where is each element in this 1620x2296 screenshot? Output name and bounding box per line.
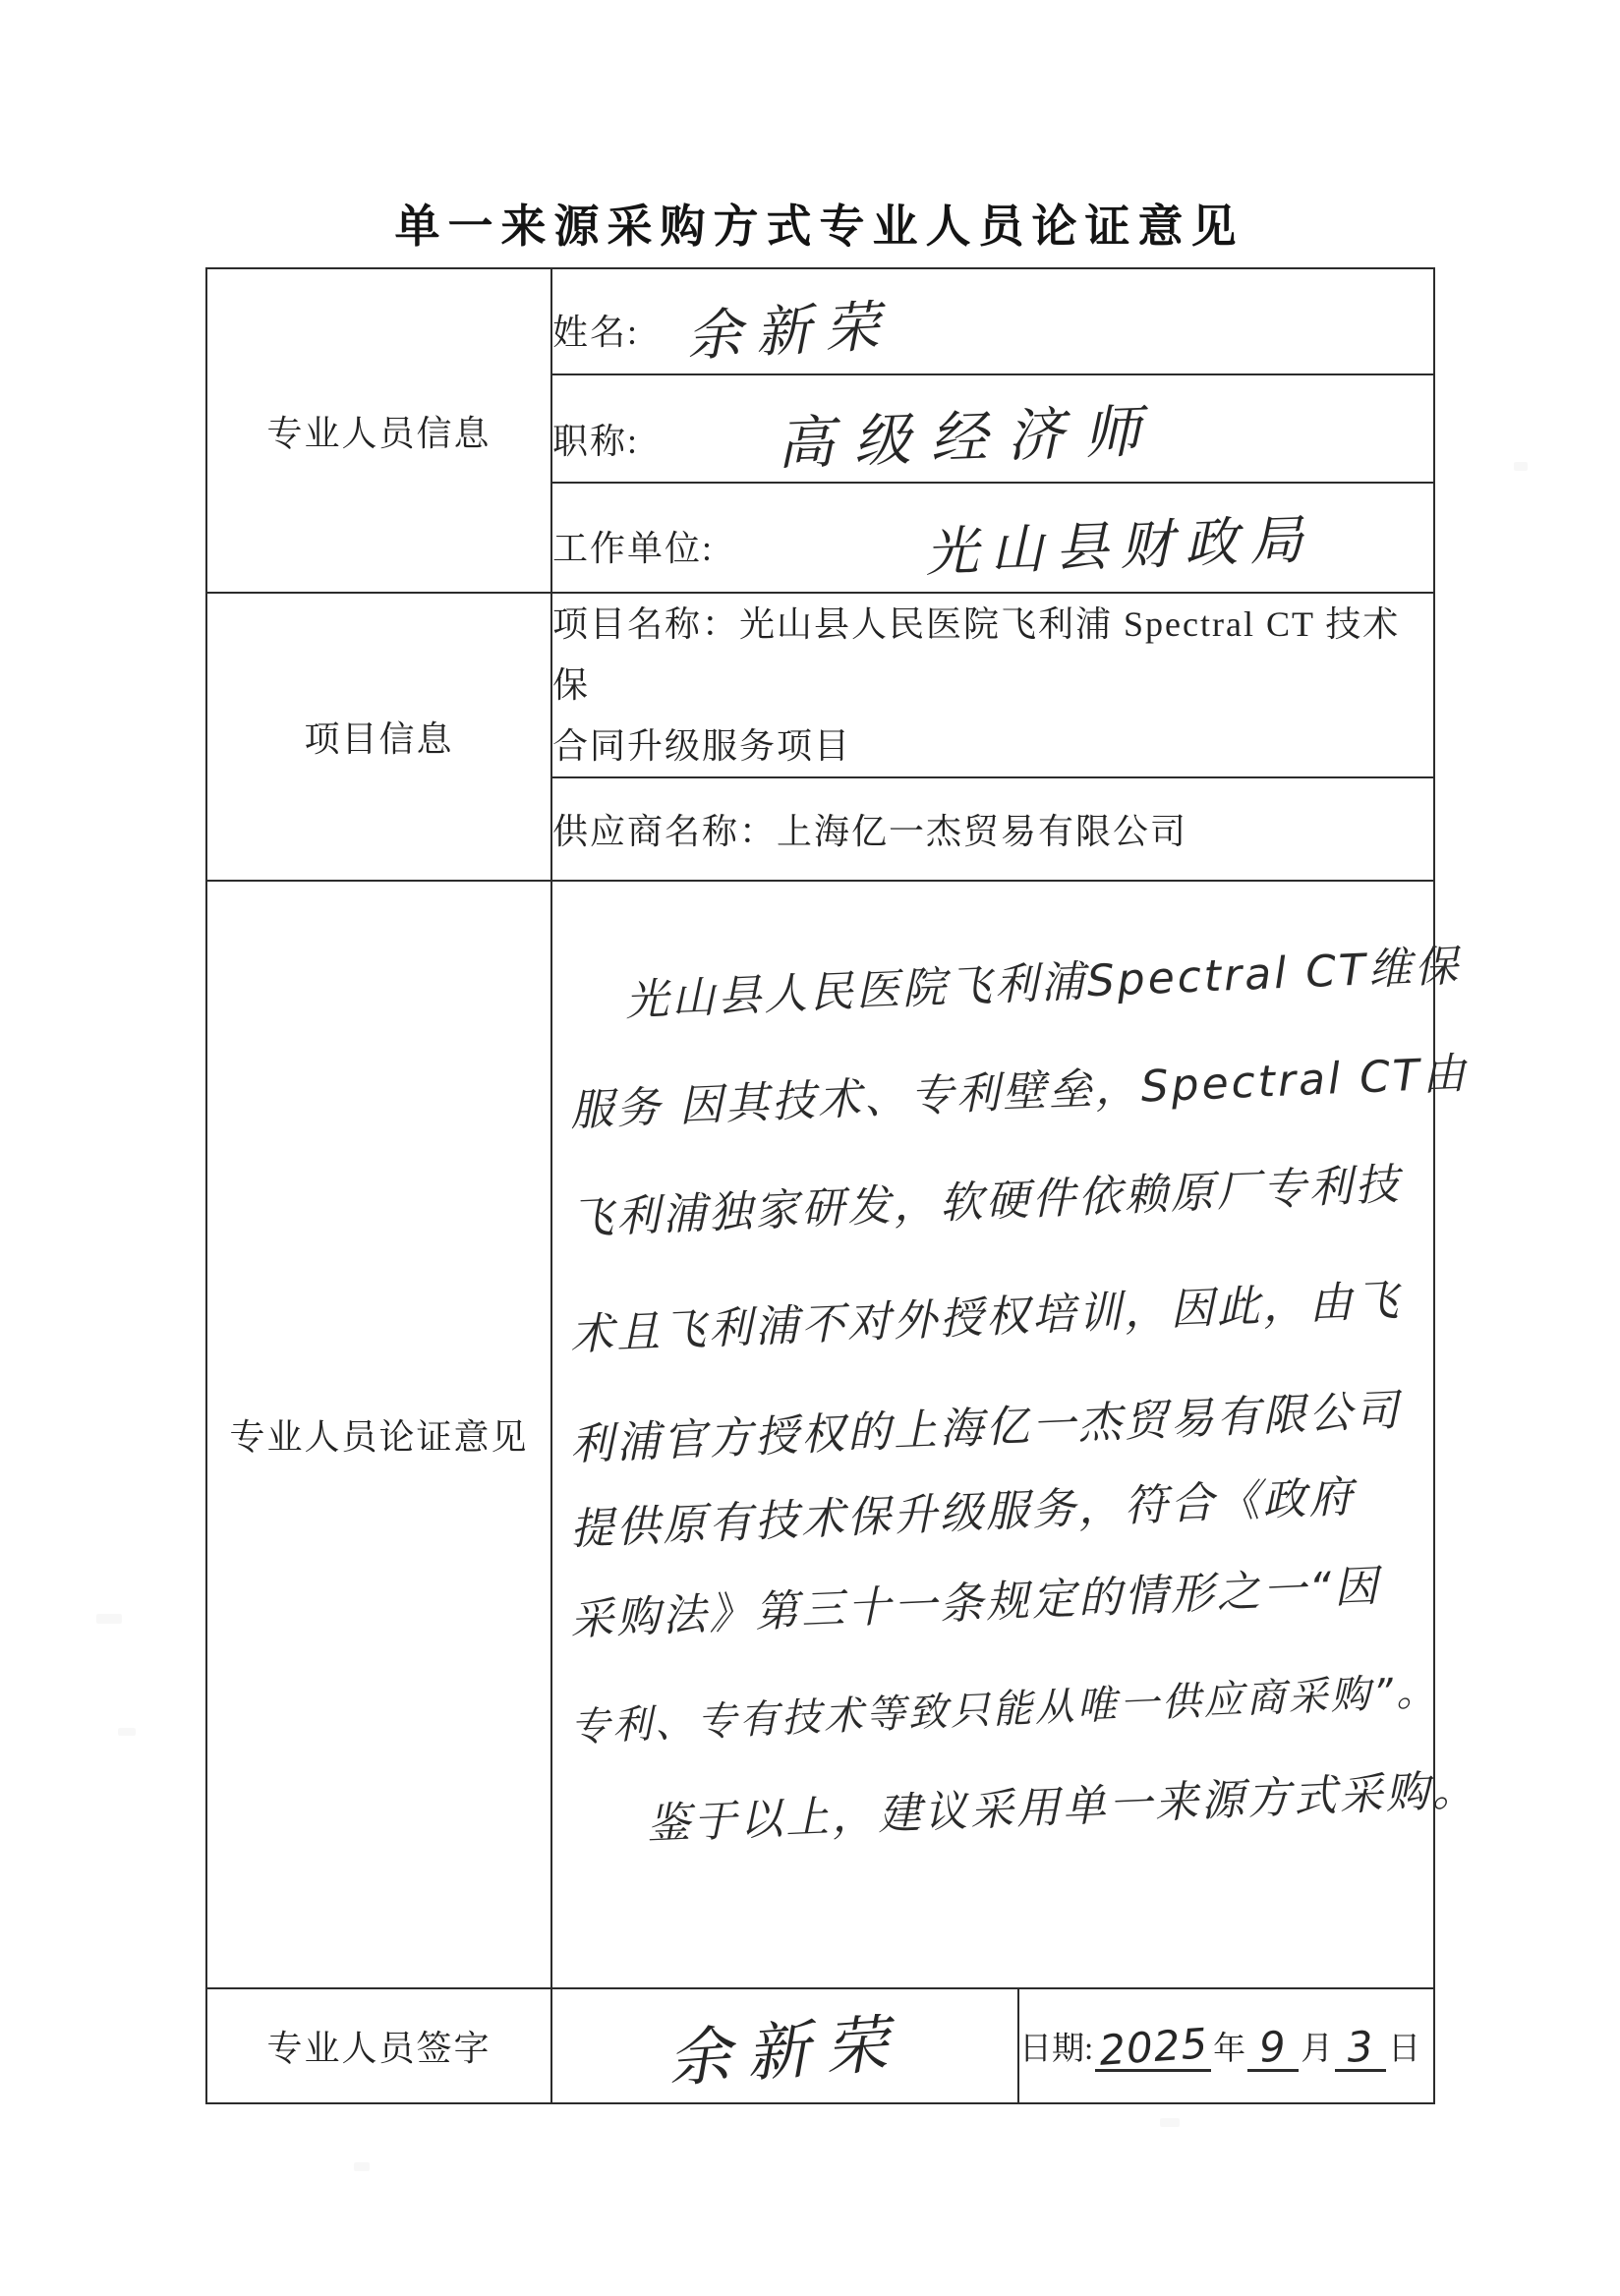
scan-noise bbox=[96, 1614, 122, 1624]
document-title: 单一来源采购方式专业人员论证意见 bbox=[205, 191, 1433, 256]
opinion-cell: 光山县人民医院飞利浦Spectral CT维保 服务 因其技术、专利壁垒，Spe… bbox=[551, 881, 1434, 1988]
date-day-slot: 3 bbox=[1335, 2021, 1386, 2072]
title-handwritten-value: 高级经济师 bbox=[776, 384, 1162, 481]
date-prefix-label: 日期: bbox=[1019, 2023, 1093, 2069]
scan-noise bbox=[354, 2162, 370, 2171]
section-label-opinion: 专业人员论证意见 bbox=[206, 881, 551, 1988]
date-month-slot: 9 bbox=[1247, 2021, 1299, 2072]
section-label-personnel-info: 专业人员信息 bbox=[206, 268, 551, 593]
scan-noise bbox=[1160, 2118, 1180, 2127]
row-signature: 专业人员签字 余新荣 日期: 2025 年 9 月 3 日 bbox=[206, 1988, 1434, 2103]
opinion-line: 鉴于以上，建议采用单一来源方式采购。 bbox=[646, 1754, 1479, 1852]
opinion-line: 术且飞利浦不对外授权培训，因此，由飞 bbox=[569, 1265, 1403, 1362]
date-year-unit: 年 bbox=[1213, 2023, 1245, 2069]
scan-noise bbox=[1514, 462, 1528, 471]
section-label-project-info: 项目信息 bbox=[206, 593, 551, 881]
date-cell: 日期: 2025 年 9 月 3 日 bbox=[1018, 1988, 1434, 2103]
title-label: 职称: bbox=[552, 422, 639, 461]
date-month-handwritten: 9 bbox=[1258, 2022, 1289, 2072]
work-unit-cell: 工作单位:光山县财政局 bbox=[551, 483, 1434, 593]
section-label-signature: 专业人员签字 bbox=[206, 1988, 551, 2103]
title-cell: 职称:高级经济师 bbox=[551, 374, 1434, 483]
project-name-line2: 合同升级服务项目 bbox=[552, 716, 1433, 776]
date-day-unit: 日 bbox=[1388, 2023, 1420, 2069]
date-year-handwritten: 2025 bbox=[1097, 2019, 1209, 2075]
row-project-name: 项目信息 项目名称：光山县人民医院飞利浦 Spectral CT 技术保 合同升… bbox=[206, 593, 1434, 777]
opinion-line: 提供原有技术保升级服务，符合《政府 bbox=[569, 1462, 1357, 1557]
date-year-slot: 2025 bbox=[1095, 2021, 1211, 2072]
form-table: 专业人员信息 姓名:余新荣 职称:高级经济师 工作单位:光山县财政局 项目信息 … bbox=[205, 267, 1435, 2104]
signature-cell: 余新荣 bbox=[551, 1988, 1018, 2103]
signature-handwritten: 余新荣 bbox=[665, 1992, 906, 2099]
work-unit-handwritten-value: 光山县财政局 bbox=[924, 497, 1315, 587]
opinion-line: 飞利浦独家研发，软硬件依赖原厂专利技 bbox=[569, 1149, 1403, 1246]
opinion-line: 光山县人民医院飞利浦Spectral CT维保 bbox=[624, 930, 1462, 1028]
date-month-unit: 月 bbox=[1301, 2023, 1333, 2069]
date-day-handwritten: 3 bbox=[1346, 2022, 1376, 2072]
supplier-cell: 供应商名称：上海亿一杰贸易有限公司 bbox=[551, 777, 1434, 881]
opinion-line: 服务 因其技术、专利壁垒，Spectral CT由 bbox=[569, 1038, 1470, 1138]
opinion-line: 利浦官方授权的上海亿一杰贸易有限公司 bbox=[569, 1375, 1403, 1472]
work-unit-label: 工作单位: bbox=[552, 529, 714, 568]
scan-noise bbox=[118, 1728, 136, 1736]
name-cell: 姓名:余新荣 bbox=[551, 268, 1434, 374]
project-name-cell: 项目名称：光山县人民医院飞利浦 Spectral CT 技术保 合同升级服务项目 bbox=[551, 593, 1434, 777]
row-opinion: 专业人员论证意见 光山县人民医院飞利浦Spectral CT维保 服务 因其技术… bbox=[206, 881, 1434, 1988]
name-label: 姓名: bbox=[552, 313, 639, 352]
supplier-text: 供应商名称：上海亿一杰贸易有限公司 bbox=[552, 812, 1187, 851]
opinion-line: 采购法》第三十一条规定的情形之一“因 bbox=[569, 1550, 1382, 1646]
date-line: 日期: 2025 年 9 月 3 日 bbox=[1019, 2021, 1433, 2072]
opinion-handwritten-text: 光山县人民医院飞利浦Spectral CT维保 服务 因其技术、专利壁垒，Spe… bbox=[552, 883, 1433, 1986]
opinion-line: 专利、专有技术等致只能从唯一供应商采购”。 bbox=[569, 1660, 1439, 1752]
project-name-line1: 项目名称：光山县人民医院飞利浦 Spectral CT 技术保 bbox=[552, 594, 1433, 716]
name-handwritten-value: 余新荣 bbox=[684, 283, 895, 373]
scanned-document-page: { "page": { "title": "单一来源采购方式专业人员论证意见" … bbox=[0, 0, 1620, 2296]
row-name: 专业人员信息 姓名:余新荣 bbox=[206, 268, 1434, 374]
